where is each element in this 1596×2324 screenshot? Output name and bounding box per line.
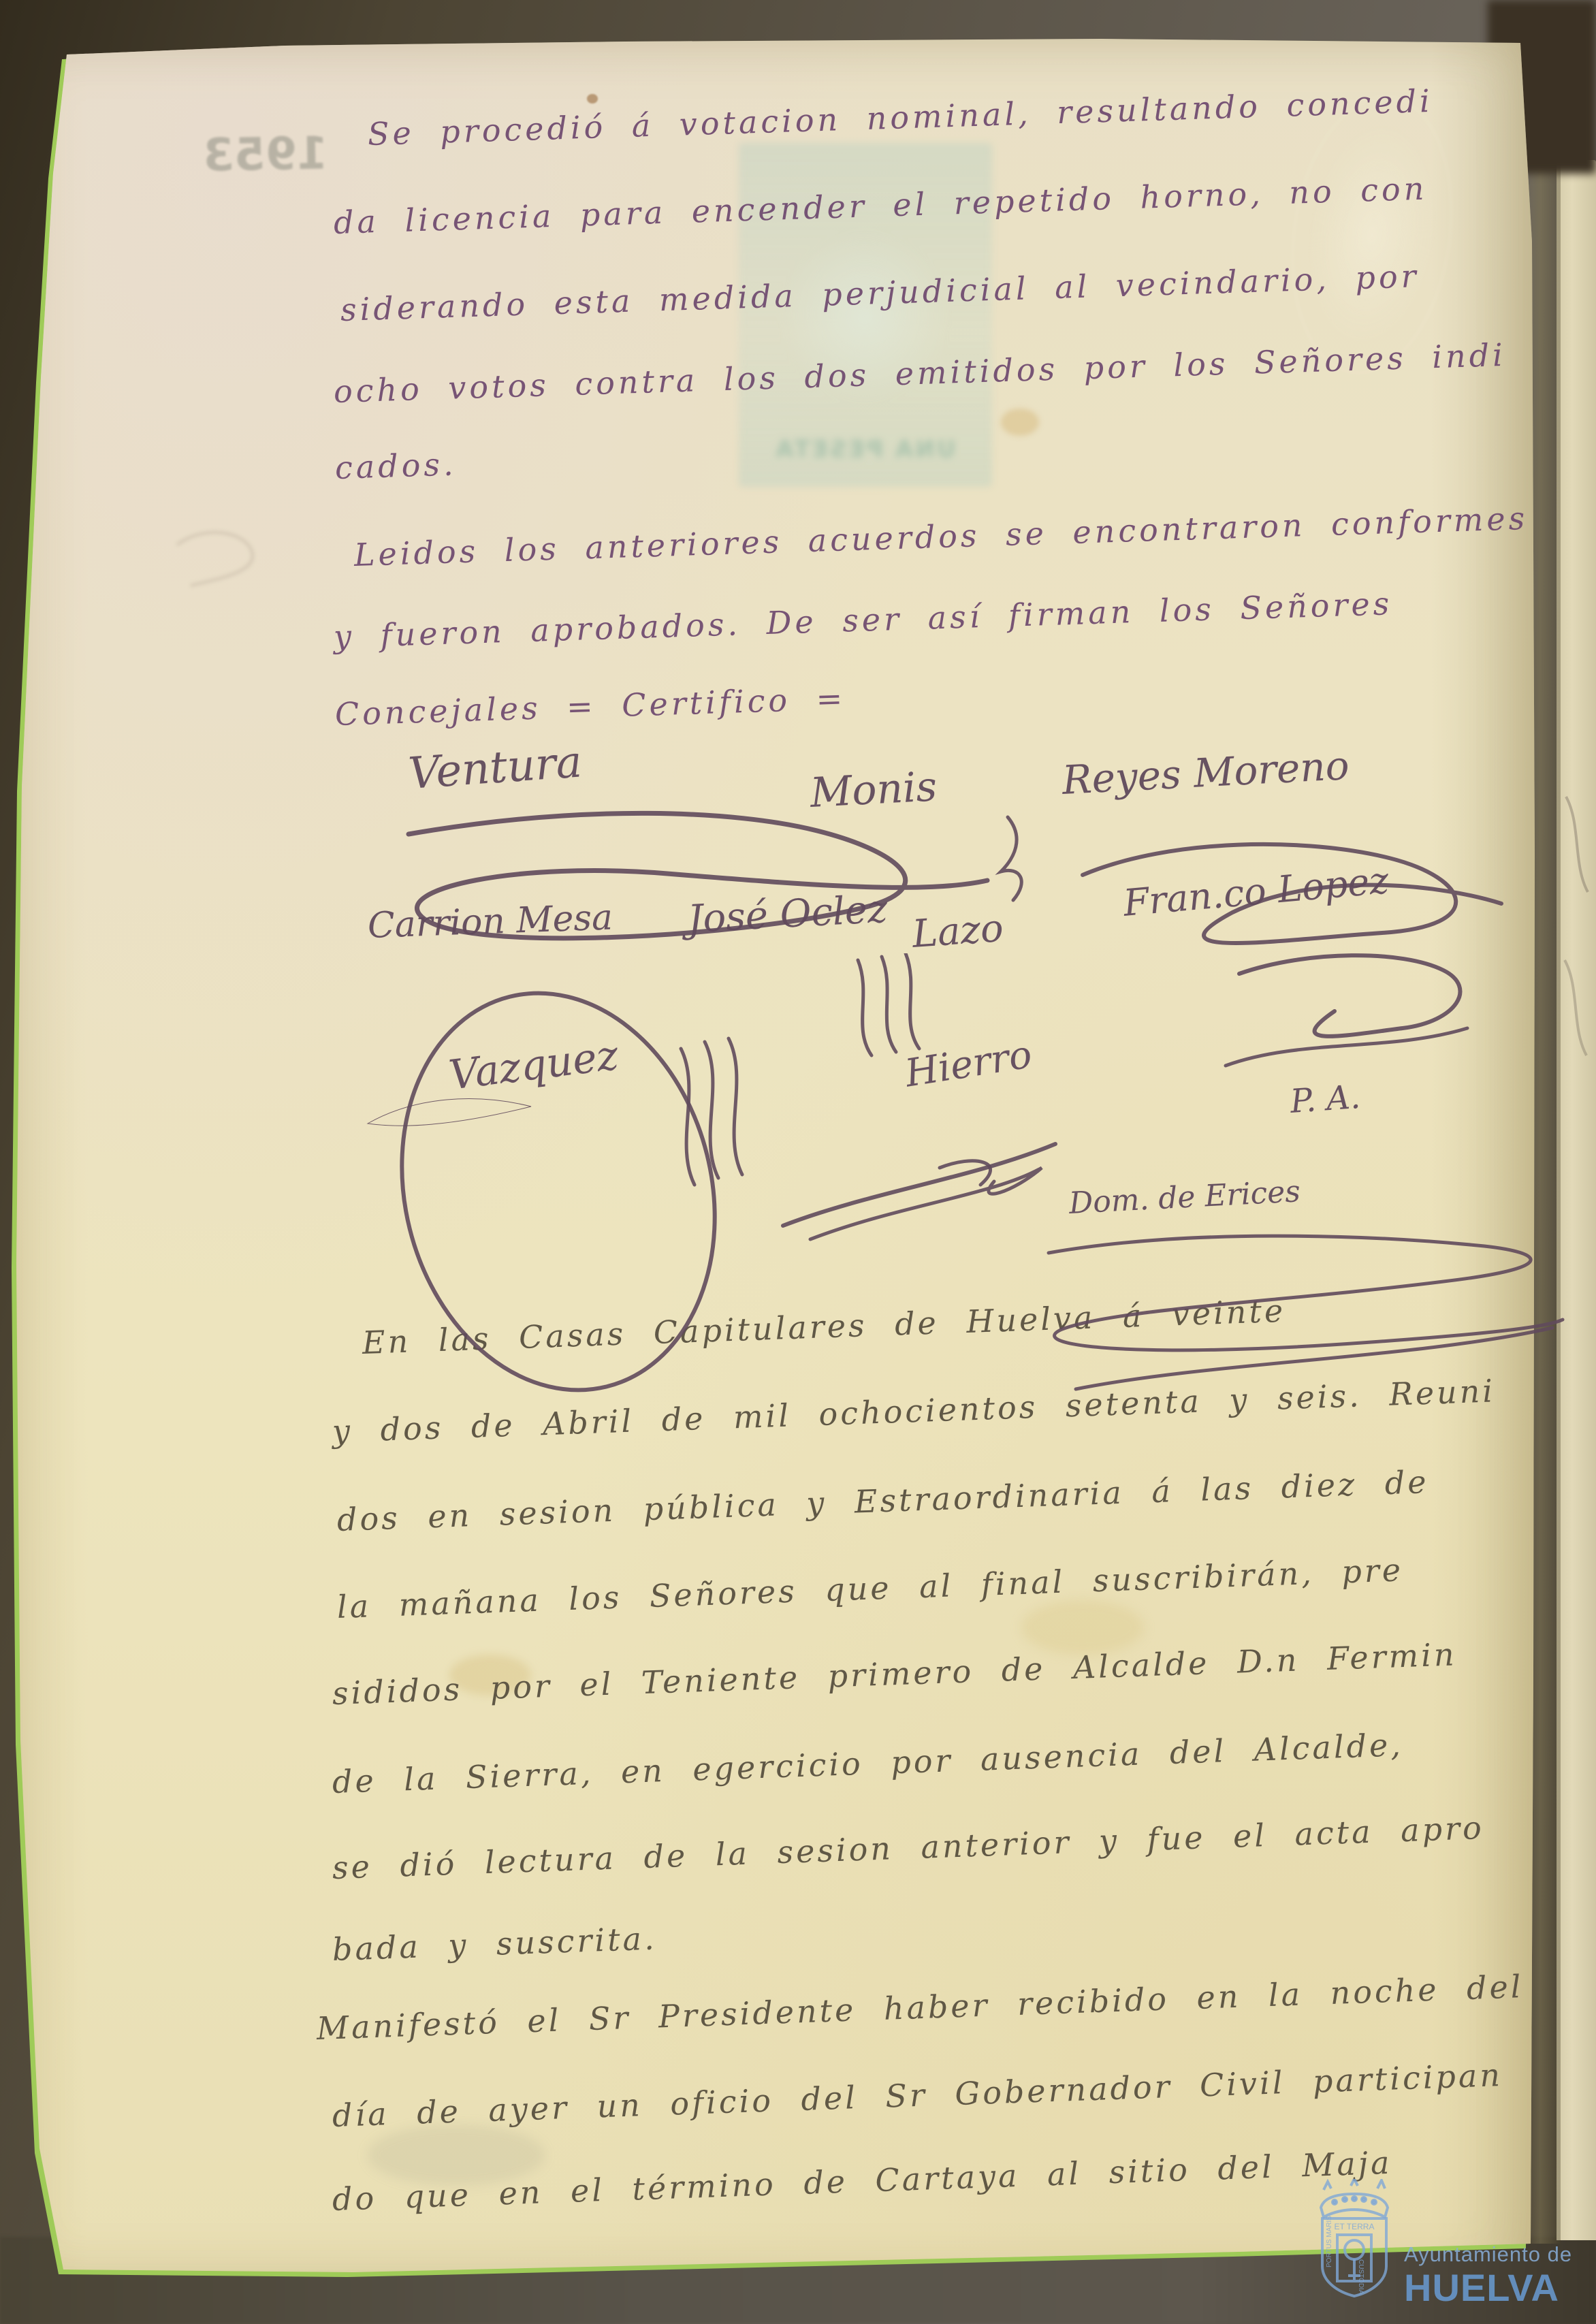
signature-rubric [354, 967, 790, 1410]
next-page-ink-marks [1561, 783, 1595, 1069]
pencil-ghost-mark [163, 518, 272, 599]
bleedthrough-stamp-number: 1953 [202, 127, 328, 181]
foxing-stain [1021, 1600, 1144, 1655]
huelva-coat-of-arms-watermark: ET TERRA PORTUS MARIS CUSTODIA [1309, 2179, 1401, 2298]
signature-rubric [1198, 946, 1484, 1083]
next-page-edge [1557, 160, 1596, 2240]
svg-text:CUSTODIA: CUSTODIA [1357, 2259, 1364, 2295]
ink-spot [587, 94, 598, 104]
watermark-text-big: HUELVA [1404, 2265, 1559, 2310]
watermark-text-small: Ayuntamiento de [1404, 2242, 1572, 2267]
svg-text:ET TERRA: ET TERRA [1335, 2222, 1375, 2231]
signature: Carrion Mesa [367, 897, 613, 946]
signature-rubric [987, 810, 1042, 919]
signature: Lazo [911, 906, 1005, 957]
svg-text:PORTUS MARIS: PORTUS MARIS [1326, 2216, 1333, 2267]
signature-rubric [1008, 1226, 1580, 1416]
manuscript-line: cados. [334, 445, 457, 486]
signature: Monis [809, 763, 938, 817]
scanned-manuscript-page: { "page": { "kind": "Handwritten municip… [0, 0, 1596, 2324]
signature: P. A. [1289, 1078, 1362, 1121]
stamp-value-ghost-text: UNA PESETA [756, 436, 974, 463]
foxing-stain [1001, 409, 1039, 436]
